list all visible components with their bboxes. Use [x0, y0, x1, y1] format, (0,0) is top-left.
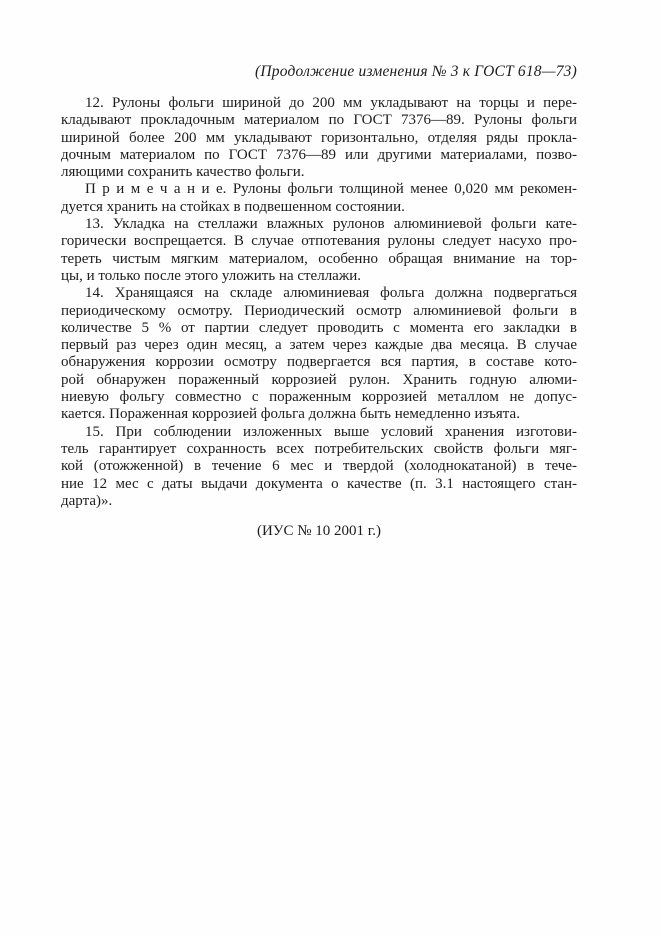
text-line: кой (отожженной) в течение 6 мес и тверд…: [61, 458, 577, 475]
paragraph-13: 13. Укладка на стеллажи влажных рулонов …: [61, 216, 577, 285]
text-line: цы, и только после этого уложить на стел…: [61, 268, 577, 285]
text-line: дуется хранить на стойках в подвешенном …: [61, 199, 577, 216]
paragraph-15: 15. При соблюдении изложенных выше услов…: [61, 424, 577, 510]
text-line: обнаружения коррозии осмотру подвергаетс…: [61, 354, 577, 371]
text-line: 13. Укладка на стеллажи влажных рулонов …: [61, 216, 577, 233]
paragraph-note: П р и м е ч а н и е. Рулоны фольги толщи…: [61, 181, 577, 216]
paragraph-12: 12. Рулоны фольги шириной до 200 мм укла…: [61, 95, 577, 181]
issue-note: (ИУС № 10 2001 г.): [61, 523, 577, 540]
text-line: 15. При соблюдении изложенных выше услов…: [61, 424, 577, 441]
text-line: первый раз через один месяц, а затем чер…: [61, 337, 577, 354]
text-line: кладывают прокладочным материалом по ГОС…: [61, 112, 577, 129]
paragraph-14: 14. Хранящаяся на складе алюминиевая фол…: [61, 285, 577, 423]
text-line: шириной более 200 мм укладывают горизонт…: [61, 130, 577, 147]
text-line: рой обнаружен пораженный коррозией рулон…: [61, 372, 577, 389]
text-line: 12. Рулоны фольги шириной до 200 мм укла…: [61, 95, 577, 112]
text-line: количестве 5 % от партии следует проводи…: [61, 320, 577, 337]
text-line: П р и м е ч а н и е. Рулоны фольги толщи…: [61, 181, 577, 198]
text-line: кается. Пораженная коррозией фольга долж…: [61, 406, 577, 423]
text-line: тель гарантирует сохранность всех потреб…: [61, 441, 577, 458]
document-body: 12. Рулоны фольги шириной до 200 мм укла…: [61, 95, 577, 540]
continuation-header: (Продолжение изменения № 3 к ГОСТ 618—73…: [61, 63, 577, 81]
text-line: тереть чистым мягким материалом, особенн…: [61, 251, 577, 268]
text-line: периодическому осмотру. Периодический ос…: [61, 303, 577, 320]
text-line: горически воспрещается. В случае отпотев…: [61, 233, 577, 250]
paragraph-container: 12. Рулоны фольги шириной до 200 мм укла…: [61, 95, 577, 510]
text-line: ляющими сохранить качество фольги.: [61, 164, 577, 181]
text-line: дочным материалом по ГОСТ 7376—89 или др…: [61, 147, 577, 164]
text-line: дарта)».: [61, 493, 577, 510]
text-line: ние 12 мес с даты выдачи документа о кач…: [61, 476, 577, 493]
document-page: (Продолжение изменения № 3 к ГОСТ 618—73…: [0, 0, 661, 936]
text-line: 14. Хранящаяся на складе алюминиевая фол…: [61, 285, 577, 302]
text-line: ниевую фольгу совместно с пораженным кор…: [61, 389, 577, 406]
